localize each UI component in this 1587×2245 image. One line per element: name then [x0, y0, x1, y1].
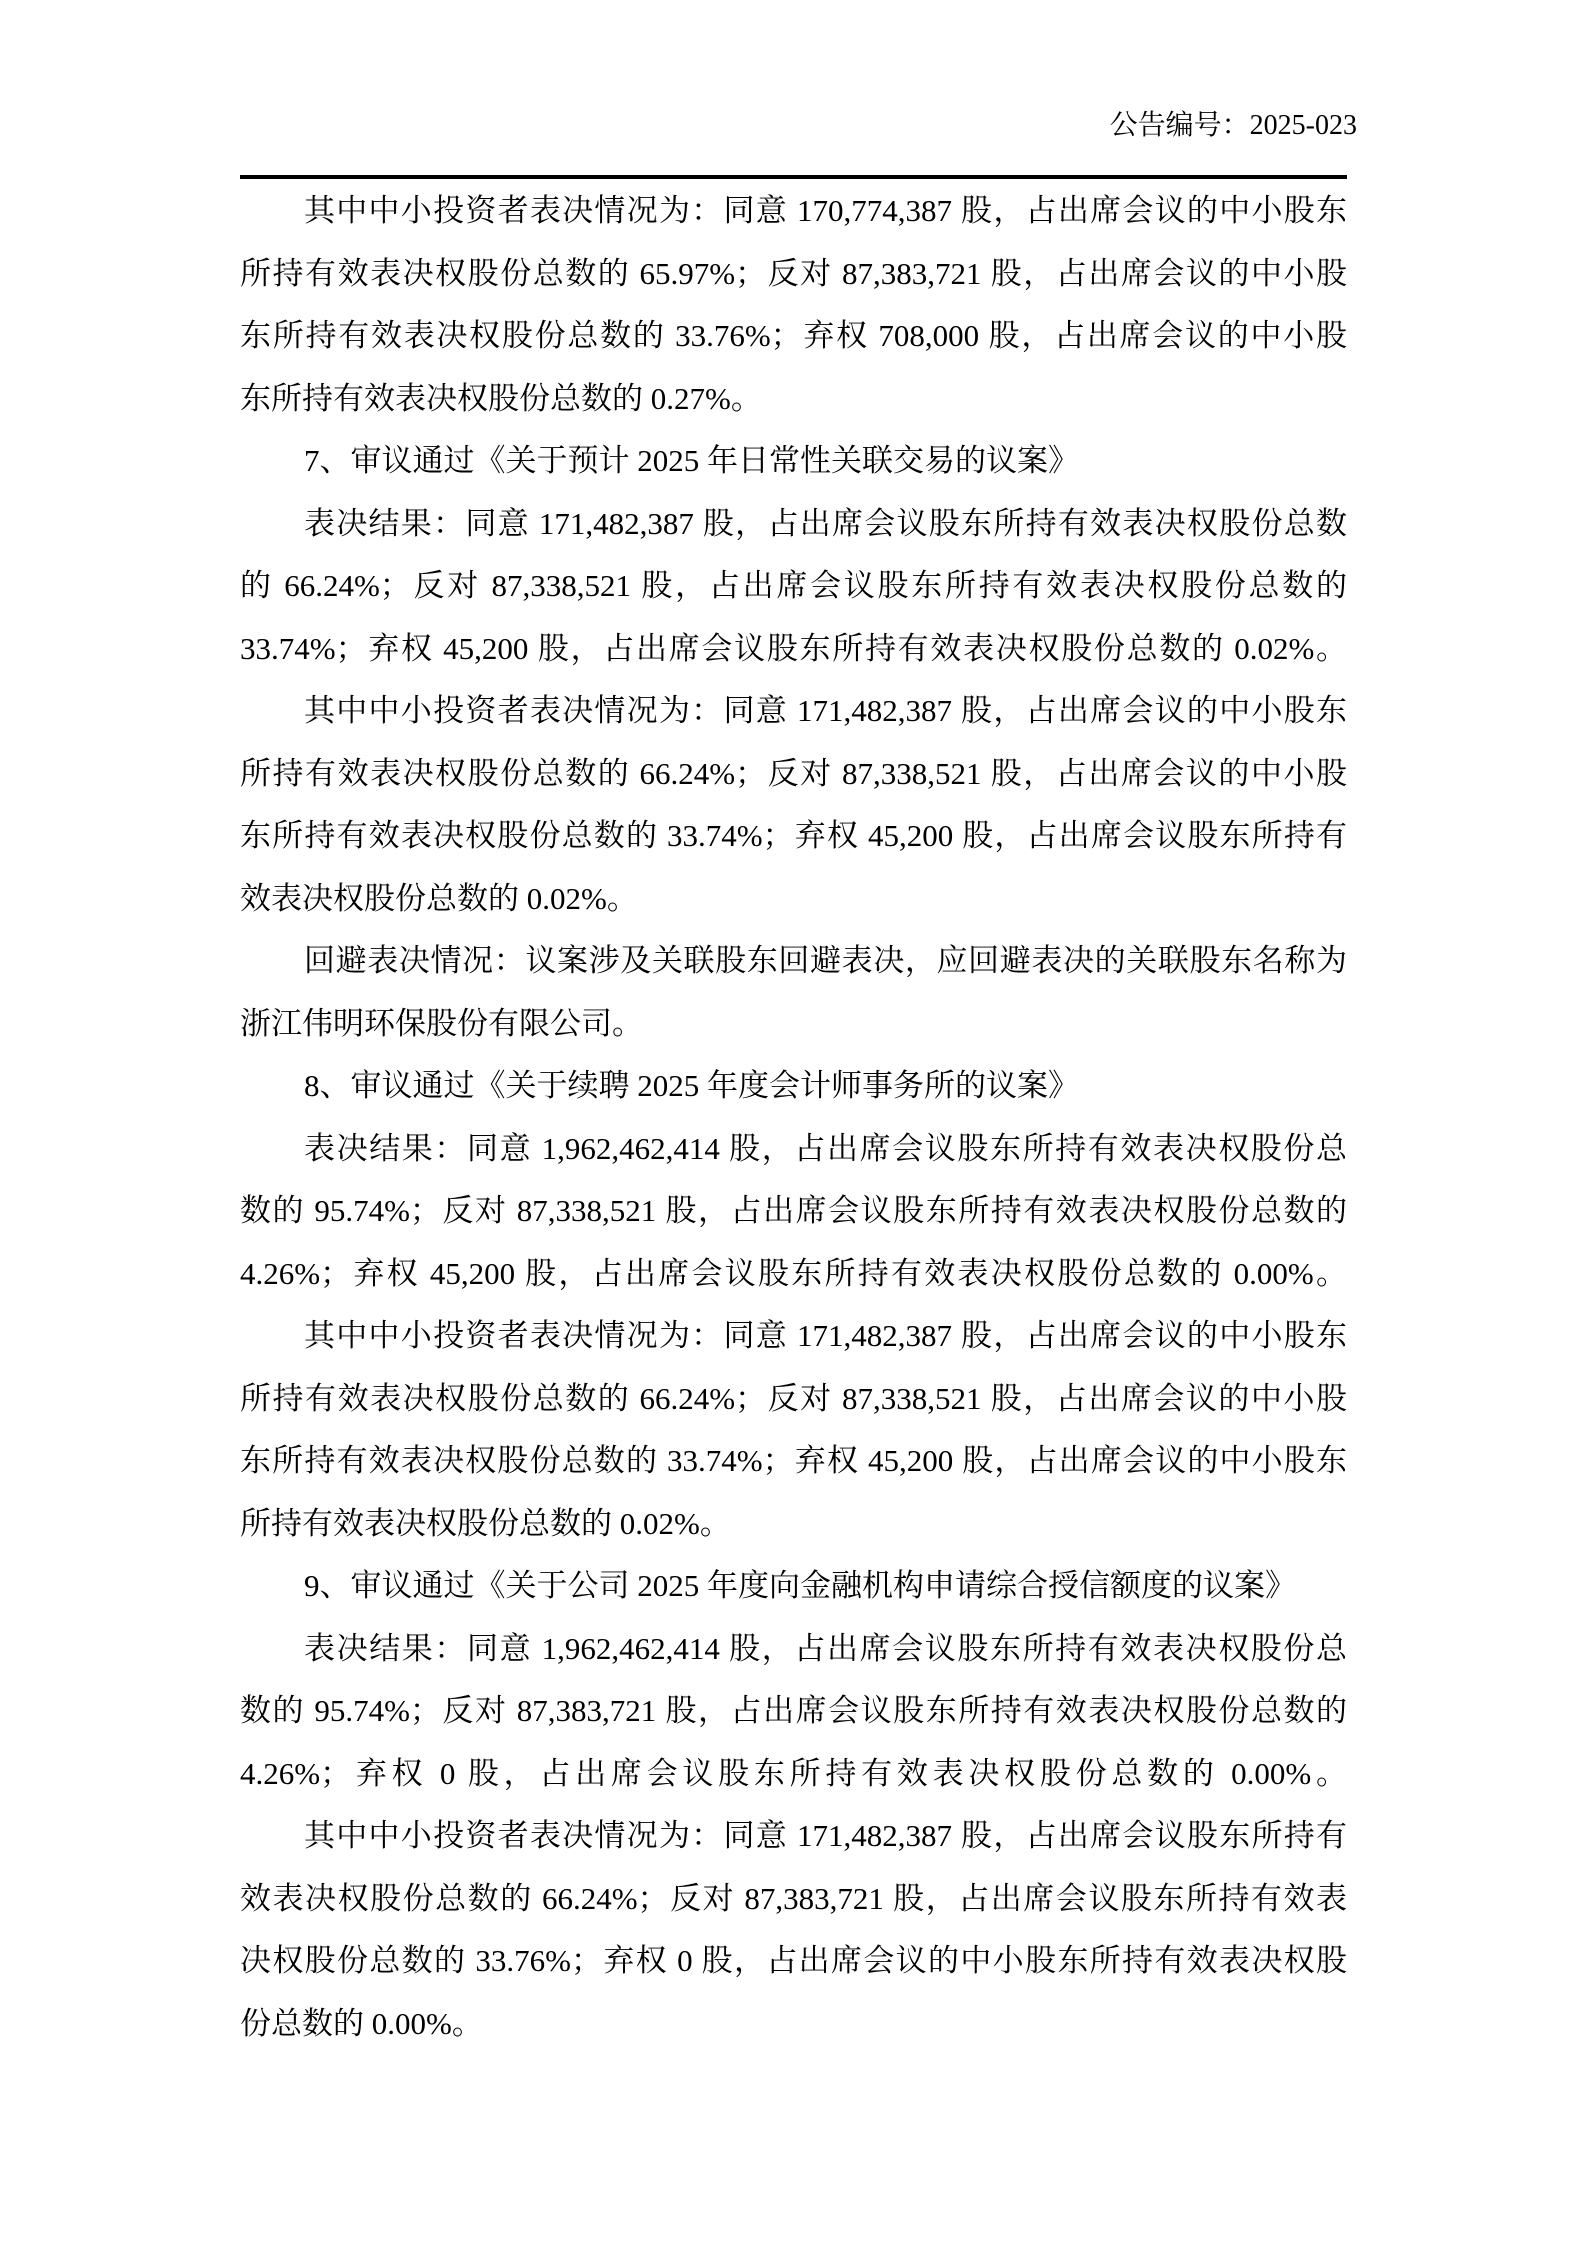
text-line: 8、审议通过《关于续聘 2025 年度会计师事务所的议案》 [240, 1055, 1347, 1118]
text-line: 33.74%；弃权 45,200 股，占出席会议股东所持有效表决权股份总数的 0… [240, 618, 1347, 681]
text-line: 数的 95.74%；反对 87,338,521 股，占出席会议股东所持有效表决权… [240, 1180, 1347, 1243]
text-line: 所持有效表决权股份总数的 65.97%；反对 87,383,721 股，占出席会… [240, 243, 1347, 306]
text-line: 4.26%；弃权 45,200 股，占出席会议股东所持有效表决权股份总数的 0.… [240, 1243, 1347, 1306]
text-line: 4.26%；弃权 0 股，占出席会议股东所持有效表决权股份总数的 0.00%。 [240, 1743, 1347, 1806]
text-line: 的 66.24%；反对 87,338,521 股，占出席会议股东所持有效表决权股… [240, 555, 1347, 618]
text-line: 东所持有效表决权股份总数的 0.27%。 [240, 368, 1347, 431]
text-line: 浙江伟明环保股份有限公司。 [240, 993, 1347, 1056]
text-line: 表决结果：同意 171,482,387 股，占出席会议股东所持有效表决权股份总数 [240, 493, 1347, 556]
text-line: 份总数的 0.00%。 [240, 1993, 1347, 2056]
text-line: 效表决权股份总数的 0.02%。 [240, 868, 1347, 931]
text-line: 其中中小投资者表决情况为：同意 170,774,387 股，占出席会议的中小股东 [240, 180, 1347, 243]
text-line: 其中中小投资者表决情况为：同意 171,482,387 股，占出席会议的中小股东 [240, 1305, 1347, 1368]
text-line: 所持有效表决权股份总数的 0.02%。 [240, 1493, 1347, 1556]
text-line: 东所持有效表决权股份总数的 33.74%；弃权 45,200 股，占出席会议股东… [240, 805, 1347, 868]
announcement-number: 公告编号：2025-023 [1110, 110, 1357, 141]
document-body: 其中中小投资者表决情况为：同意 170,774,387 股，占出席会议的中小股东… [240, 180, 1347, 2055]
text-line: 回避表决情况：议案涉及关联股东回避表决，应回避表决的关联股东名称为 [240, 930, 1347, 993]
text-line: 东所持有效表决权股份总数的 33.76%；弃权 708,000 股，占出席会议的… [240, 305, 1347, 368]
text-line: 数的 95.74%；反对 87,383,721 股，占出席会议股东所持有效表决权… [240, 1680, 1347, 1743]
text-line: 决权股份总数的 33.76%；弃权 0 股，占出席会议的中小股东所持有效表决权股 [240, 1930, 1347, 1993]
text-line: 效表决权股份总数的 66.24%；反对 87,383,721 股，占出席会议股东… [240, 1868, 1347, 1931]
header-divider [240, 175, 1347, 179]
text-line: 其中中小投资者表决情况为：同意 171,482,387 股，占出席会议的中小股东 [240, 680, 1347, 743]
text-line: 其中中小投资者表决情况为：同意 171,482,387 股，占出席会议股东所持有 [240, 1805, 1347, 1868]
page-header: 公告编号：2025-023 [240, 106, 1357, 146]
document-page: 公告编号：2025-023 其中中小投资者表决情况为：同意 170,774,38… [0, 0, 1587, 2245]
text-line: 表决结果：同意 1,962,462,414 股，占出席会议股东所持有效表决权股份… [240, 1118, 1347, 1181]
text-line: 表决结果：同意 1,962,462,414 股，占出席会议股东所持有效表决权股份… [240, 1618, 1347, 1681]
text-line: 所持有效表决权股份总数的 66.24%；反对 87,338,521 股，占出席会… [240, 743, 1347, 806]
text-line: 7、审议通过《关于预计 2025 年日常性关联交易的议案》 [240, 430, 1347, 493]
text-line: 所持有效表决权股份总数的 66.24%；反对 87,338,521 股，占出席会… [240, 1368, 1347, 1431]
text-line: 9、审议通过《关于公司 2025 年度向金融机构申请综合授信额度的议案》 [240, 1555, 1347, 1618]
text-line: 东所持有效表决权股份总数的 33.74%；弃权 45,200 股，占出席会议的中… [240, 1430, 1347, 1493]
